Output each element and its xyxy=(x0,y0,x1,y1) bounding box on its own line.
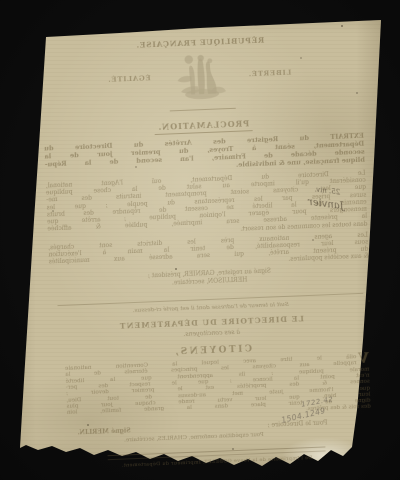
motto-egalite: ÉGALITÉ. xyxy=(107,74,151,84)
document-heading: PROCLAMATION. xyxy=(154,118,252,134)
signature-merlin: Signé MERLIN. xyxy=(77,427,130,436)
address-paragraph: V oilà le titre avec lequel la Conventio… xyxy=(43,353,385,423)
photo-background: RÉPUBLIQUE FRANÇAISE. LIBERTÉ. ÉGALITÉ. xyxy=(0,0,400,480)
emblem-row: LIBERTÉ. ÉGALITÉ. xyxy=(30,42,372,108)
heading-rule xyxy=(170,108,236,112)
dropcap-initial: V xyxy=(358,354,369,366)
motto-liberte: LIBERTÉ. xyxy=(248,69,292,79)
republic-vignette-icon xyxy=(174,49,228,101)
